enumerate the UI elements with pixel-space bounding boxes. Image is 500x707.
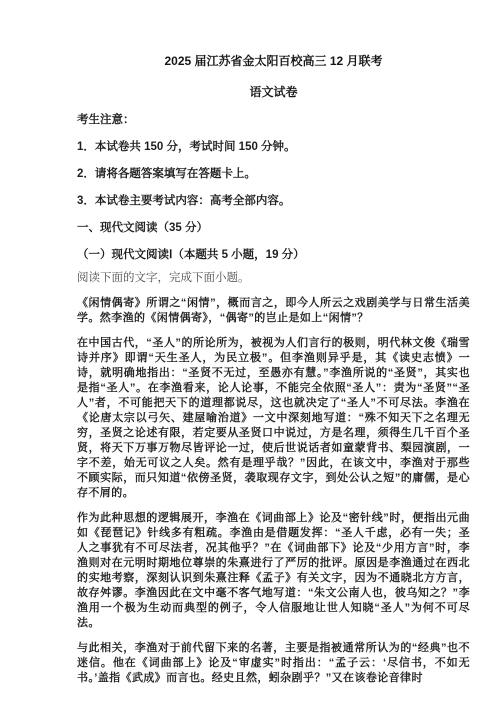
exam-title: 2025 届江苏省金太阳百校高三 12 月联考 — [77, 54, 470, 69]
exam-subtitle: 语文试卷 — [77, 85, 470, 100]
notice-item-1: 1．本试卷共 150 分，考试时间 150 分钟。 — [77, 140, 470, 155]
passage-paragraph-1: 《闲情偶寄》所谓之“闲情”，概而言之，即今人所云之戏剧美学与日常生活美学。然李渔… — [77, 296, 470, 326]
reading-instruction: 阅读下面的文字，完成下面小题。 — [77, 271, 470, 286]
exam-page: 2025 届江苏省金太阳百校高三 12 月联考 语文试卷 考生注意： 1．本试卷… — [0, 0, 500, 707]
passage-paragraph-4: 与此相关，李渔对于前代留下来的名著，主要是指被通常所认为的“经典”也不迷信。他在… — [77, 641, 470, 686]
section-heading-modern-reading: 一、现代文阅读（35 分） — [77, 221, 470, 236]
notice-item-2: 2．请将各题答案填写在答题卡上。 — [77, 167, 470, 182]
passage-paragraph-2: 在中国古代，“圣人”的所论所为，被视为人们言行的极则，明代林文俊《瑞雪诗并序》即… — [77, 336, 470, 501]
reading-passage: 《闲情偶寄》所谓之“闲情”，概而言之，即今人所云之戏剧美学与日常生活美学。然李渔… — [77, 296, 470, 686]
subsection-heading-reading-one: （一）现代文阅读Ⅰ（本题共 5 小题，19 分） — [77, 248, 470, 263]
notice-item-3: 3．本试卷主要考试内容：高考全部内容。 — [77, 194, 470, 209]
passage-paragraph-3: 作为此种思想的逻辑展开，李渔在《词曲部上》论及“密针线”时，便指出元曲如《琵琶记… — [77, 511, 470, 631]
notice-heading: 考生注意： — [77, 113, 470, 128]
